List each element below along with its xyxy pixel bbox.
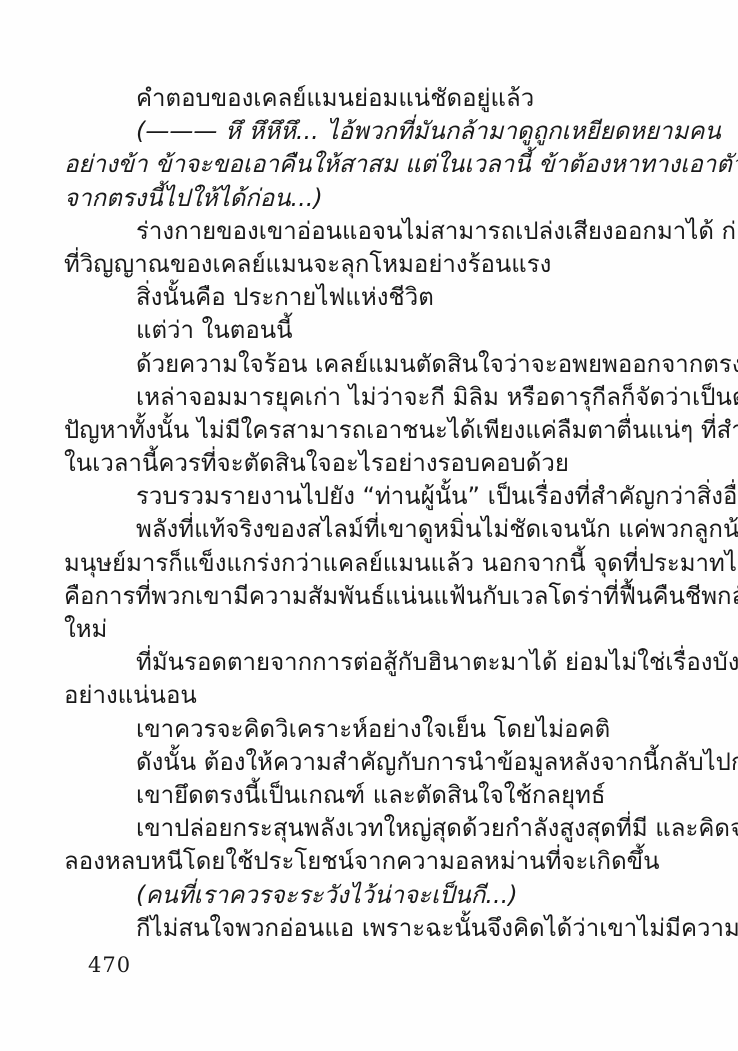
text-line: พลังที่แท้จริงของสไลม์ที่เขาดูหมิ่นไม่ชั…	[64, 513, 676, 546]
text-line: ที่มันรอดตายจากการต่อสู้กับฮินาตะมาได้ ย…	[64, 646, 676, 679]
text-line: ลองหลบหนีโดยใช้ประโยชน์จากความอลหม่านที่…	[64, 845, 676, 878]
text-line: ที่วิญญาณของเคลย์แมนจะลุกโหมอย่างร้อนแรง	[64, 248, 676, 281]
text-line: คำตอบของเคลย์แมนย่อมแน่ชัดอยู่แล้ว	[64, 82, 676, 115]
paragraph: ที่มันรอดตายจากการต่อสู้กับฮินาตะมาได้ ย…	[64, 646, 676, 712]
book-page: คำตอบของเคลย์แมนย่อมแน่ชัดอยู่แล้ว(——— ห…	[0, 0, 738, 1051]
text-line: ร่างกายของเขาอ่อนแอจนไม่สามารถเปล่งเสียง…	[64, 215, 676, 248]
text-line: (คนที่เราควรจะระวังไว้น่าจะเป็นกี...)	[64, 879, 676, 912]
paragraph: แต่ว่า ในตอนนี้	[64, 314, 676, 347]
text-line: ดังนั้น ต้องให้ความสำคัญกับการนำข้อมูลหล…	[64, 746, 676, 779]
text-line: มนุษย์มารก็แข็งแกร่งกว่าแคลย์แมนแล้ว นอก…	[64, 547, 676, 580]
text-line: ด้วยความใจร้อน เคลย์แมนตัดสินใจว่าจะอพยพ…	[64, 348, 676, 381]
paragraph-monologue: (——— หึ หึหึหึ... ไอ้พวกที่มันกล้ามาดูถู…	[64, 115, 676, 215]
paragraph: คำตอบของเคลย์แมนย่อมแน่ชัดอยู่แล้ว	[64, 82, 676, 115]
paragraph: รวบรวมรายงานไปยัง “ท่านผู้นั้น” เป็นเรื่…	[64, 480, 676, 513]
text-line: กีไม่สนใจพวกอ่อนแอ เพราะฉะนั้นจึงคิดได้ว…	[64, 912, 676, 945]
paragraph: เหล่าจอมมารยุคเก่า ไม่ว่าจะกี มิลิม หรือ…	[64, 381, 676, 481]
paragraph: พลังที่แท้จริงของสไลม์ที่เขาดูหมิ่นไม่ชั…	[64, 513, 676, 646]
page-text: คำตอบของเคลย์แมนย่อมแน่ชัดอยู่แล้ว(——— ห…	[64, 82, 676, 945]
text-line: ใหม่	[64, 613, 676, 646]
text-line: คือการที่พวกเขามีความสัมพันธ์แน่นแฟ้นกับ…	[64, 580, 676, 613]
text-line: เขายึดตรงนี้เป็นเกณฑ์ และตัดสินใจใช้กลยุ…	[64, 779, 676, 812]
paragraph-monologue: (คนที่เราควรจะระวังไว้น่าจะเป็นกี...)	[64, 879, 676, 912]
text-line: รวบรวมรายงานไปยัง “ท่านผู้นั้น” เป็นเรื่…	[64, 480, 676, 513]
text-line: เขาปล่อยกระสุนพลังเวทใหญ่สุดด้วยกำลังสูง…	[64, 812, 676, 845]
text-line: เหล่าจอมมารยุคเก่า ไม่ว่าจะกี มิลิม หรือ…	[64, 381, 676, 414]
text-line: สิ่งนั้นคือ ประกายไฟแห่งชีวิต	[64, 281, 676, 314]
paragraph: เขาควรจะคิดวิเคราะห์อย่างใจเย็น โดยไม่อค…	[64, 713, 676, 746]
text-line: (——— หึ หึหึหึ... ไอ้พวกที่มันกล้ามาดูถู…	[64, 115, 676, 148]
text-line: แต่ว่า ในตอนนี้	[64, 314, 676, 347]
paragraph: ด้วยความใจร้อน เคลย์แมนตัดสินใจว่าจะอพยพ…	[64, 348, 676, 381]
paragraph: ดังนั้น ต้องให้ความสำคัญกับการนำข้อมูลหล…	[64, 746, 676, 779]
text-line: อย่างแน่นอน	[64, 679, 676, 712]
paragraph: เขาปล่อยกระสุนพลังเวทใหญ่สุดด้วยกำลังสูง…	[64, 812, 676, 878]
paragraph: สิ่งนั้นคือ ประกายไฟแห่งชีวิต	[64, 281, 676, 314]
text-line: จากตรงนี้ไปให้ได้ก่อน...)	[64, 182, 676, 215]
text-line: อย่างข้า ข้าจะขอเอาคืนให้สาสม แต่ในเวลาน…	[64, 148, 676, 181]
paragraph: เขายึดตรงนี้เป็นเกณฑ์ และตัดสินใจใช้กลยุ…	[64, 779, 676, 812]
page-number: 470	[88, 953, 131, 977]
text-line: เขาควรจะคิดวิเคราะห์อย่างใจเย็น โดยไม่อค…	[64, 713, 676, 746]
text-line: ปัญหาทั้งนั้น ไม่มีใครสามารถเอาชนะได้เพี…	[64, 414, 676, 447]
text-line: ในเวลานี้ควรที่จะตัดสินใจอะไรอย่างรอบคอบ…	[64, 447, 676, 480]
paragraph: ร่างกายของเขาอ่อนแอจนไม่สามารถเปล่งเสียง…	[64, 215, 676, 281]
paragraph: กีไม่สนใจพวกอ่อนแอ เพราะฉะนั้นจึงคิดได้ว…	[64, 912, 676, 945]
